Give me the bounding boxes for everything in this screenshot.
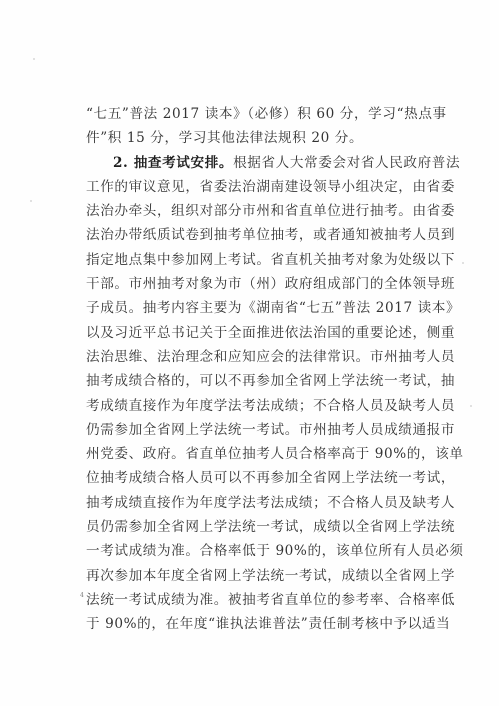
body-text: “七五”普法 2017 读本》（必修）积 60 分，学习“热点事 件”积 15 … [86,102,412,637]
text-line-16: 位抽考成绩合格人员可以不再参加全省网上学法统一考试， [86,466,412,490]
text-line-2: 件”积 15 分，学习其他法律法规积 20 分。 [86,126,412,150]
text-line-9: 子成员。抽考内容主要为《湖南省“七五”普法 2017 读本》 [86,296,412,320]
text-line-21: 法统一考试成绩为准。被抽考省直单位的参考率、合格率低 [86,588,412,612]
text-line-20: 再次参加本年度全省网上学法统一考试，成绩以全省网上学 [86,564,412,588]
text-line-7: 指定地点集中参加网上考试。省直机关抽考对象为处级以下 [86,248,412,272]
text-line-5: 法治办牵头，组织对部分市州和省直单位进行抽考。由省委 [86,199,412,223]
text-line-14: 仍需参加全省网上学法统一考试。市州抽考人员成绩通报市 [86,418,412,442]
text-line-15: 州党委、政府。省直单位抽考人员合格率高于 90%的，该单 [86,442,412,466]
text-line-13: 考成绩直接作为年度学法考法成绩；不合格人员及缺考人员 [86,394,412,418]
section-heading-rest: 根据省人大常委会对省人民政府普法 [233,155,460,171]
text-line-8: 干部。市州抽考对象为市（州）政府组成部门的全体领导班 [86,272,412,296]
text-line-19: 一考试成绩为准。合格率低于 90%的，该单位所有人员必须 [86,539,412,563]
scan-speck [462,262,464,264]
text-line-18: 员仍需参加全省网上学法统一考试，成绩以全省网上学法统 [86,515,412,539]
text-line-4: 工作的审议意见，省委法治湖南建设领导小组决定，由省委 [86,175,412,199]
document-page: “七五”普法 2017 读本》（必修）积 60 分，学习“热点事 件”积 15 … [0,0,499,706]
text-line-17: 抽考成绩直接作为年度学法考法成绩；不合格人员及缺考人 [86,491,412,515]
text-line-1: “七五”普法 2017 读本》（必修）积 60 分，学习“热点事 [86,102,412,126]
scan-speck [470,405,472,407]
section-heading-line: 2. 抽查考试安排。根据省人大常委会对省人民政府普法 [86,151,412,175]
text-line-12: 抽考成绩合格的，可以不再参加全省网上学法统一考试，抽 [86,369,412,393]
text-line-6: 法治办带纸质试卷到抽考单位抽考，或者通知被抽考人员到 [86,223,412,247]
page-number: 4 [80,592,84,599]
text-line-22: 于 90%的，在年度“谁执法谁普法”责任制考核中予以适当 [86,612,412,636]
scan-speck [30,200,32,202]
text-line-10: 以及习近平总书记关于全面推进依法治国的重要论述，侧重 [86,321,412,345]
section-heading: 2. 抽查考试安排。 [113,155,233,171]
text-line-11: 法治思维、法治理念和应知应会的法律常识。市州抽考人员 [86,345,412,369]
scan-speck [33,58,35,60]
